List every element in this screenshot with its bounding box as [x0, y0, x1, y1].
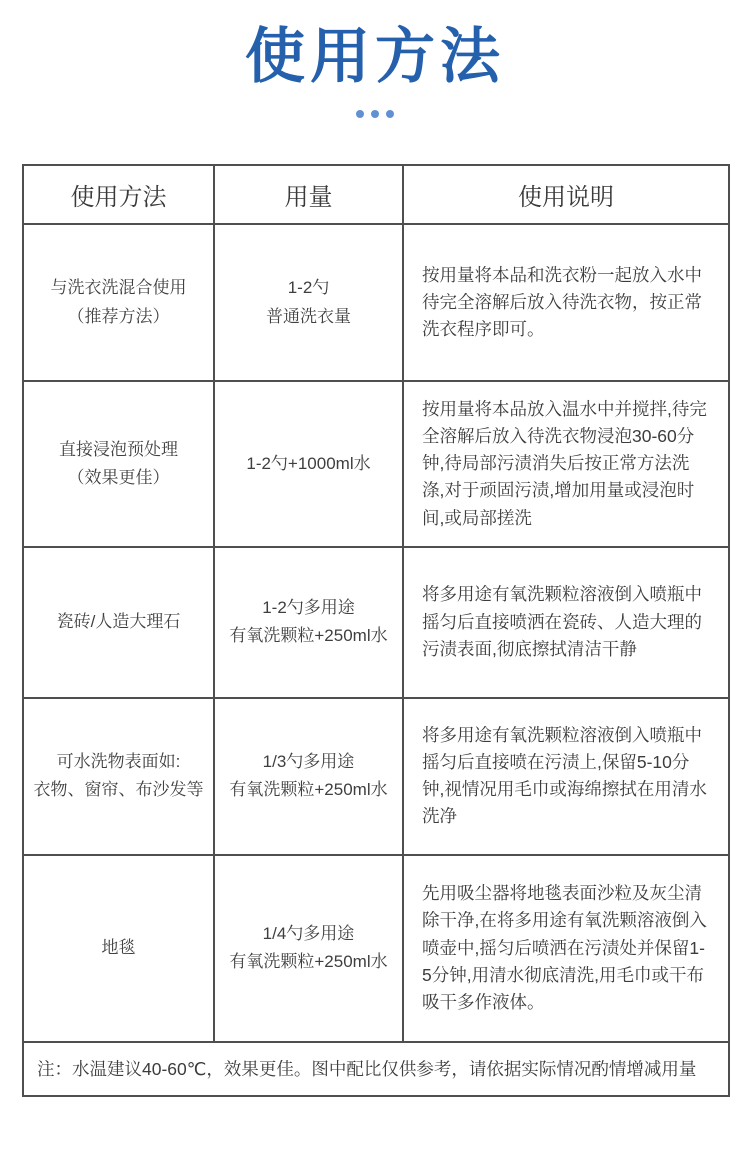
usage-method-cell: 地毯 — [23, 855, 214, 1042]
usage-instructions-table: 使用方法 用量 使用说明 与洗衣洗混合使用 （推荐方法） 1-2勺 普通洗衣量 … — [22, 164, 730, 1097]
usage-method-cell: 与洗衣洗混合使用 （推荐方法） — [23, 224, 214, 381]
dot-icon — [386, 110, 394, 118]
dot-icon — [356, 110, 364, 118]
dosage-cell: 1/3勺多用途 有氧洗颗粒+250ml水 — [214, 698, 403, 855]
dosage-cell: 1-2勺+1000ml水 — [214, 381, 403, 547]
usage-method-cell: 瓷砖/人造大理石 — [23, 547, 214, 698]
page-title: 使用方法 — [0, 24, 750, 90]
instructions-cell: 将多用途有氧洗颗粒溶液倒入喷瓶中摇匀后直接喷洒在瓷砖、人造大理的污渍表面,彻底擦… — [403, 547, 729, 698]
dosage-cell: 1/4勺多用途 有氧洗颗粒+250ml水 — [214, 855, 403, 1042]
table-row: 与洗衣洗混合使用 （推荐方法） 1-2勺 普通洗衣量 按用量将本品和洗衣粉一起放… — [23, 224, 729, 381]
usage-method-cell: 可水洗物表面如: 衣物、窗帘、布沙发等 — [23, 698, 214, 855]
dosage-cell: 1-2勺多用途 有氧洗颗粒+250ml水 — [214, 547, 403, 698]
table-row: 可水洗物表面如: 衣物、窗帘、布沙发等 1/3勺多用途 有氧洗颗粒+250ml水… — [23, 698, 729, 855]
instructions-cell: 将多用途有氧洗颗粒溶液倒入喷瓶中摇匀后直接喷在污渍上,保留5-10分钟,视情况用… — [403, 698, 729, 855]
dosage-cell: 1-2勺 普通洗衣量 — [214, 224, 403, 381]
header-usage-method: 使用方法 — [23, 165, 214, 224]
usage-method-cell: 直接浸泡预处理 （效果更佳） — [23, 381, 214, 547]
table-row: 瓷砖/人造大理石 1-2勺多用途 有氧洗颗粒+250ml水 将多用途有氧洗颗粒溶… — [23, 547, 729, 698]
dot-icon — [371, 110, 379, 118]
instructions-cell: 按用量将本品和洗衣粉一起放入水中待完全溶解后放入待洗衣物，按正常洗衣程序即可。 — [403, 224, 729, 381]
table-row: 直接浸泡预处理 （效果更佳） 1-2勺+1000ml水 按用量将本品放入温水中并… — [23, 381, 729, 547]
instructions-cell: 先用吸尘器将地毯表面沙粒及灰尘清除干净,在将多用途有氧洗颗溶液倒入喷壶中,摇匀后… — [403, 855, 729, 1042]
table-header-row: 使用方法 用量 使用说明 — [23, 165, 729, 224]
title-divider-dots — [0, 110, 750, 119]
usage-note: 注：水温建议40-60℃，效果更佳。图中配比仅供参考，请依据实际情况酌情增减用量 — [23, 1042, 729, 1096]
instructions-cell: 按用量将本品放入温水中并搅拌,待完全溶解后放入待洗衣物浸泡30-60分钟,待局部… — [403, 381, 729, 547]
header-usage-description: 使用说明 — [403, 165, 729, 224]
header-dosage: 用量 — [214, 165, 403, 224]
table-note-row: 注：水温建议40-60℃，效果更佳。图中配比仅供参考，请依据实际情况酌情增减用量 — [23, 1042, 729, 1096]
table-row: 地毯 1/4勺多用途 有氧洗颗粒+250ml水 先用吸尘器将地毯表面沙粒及灰尘清… — [23, 855, 729, 1042]
